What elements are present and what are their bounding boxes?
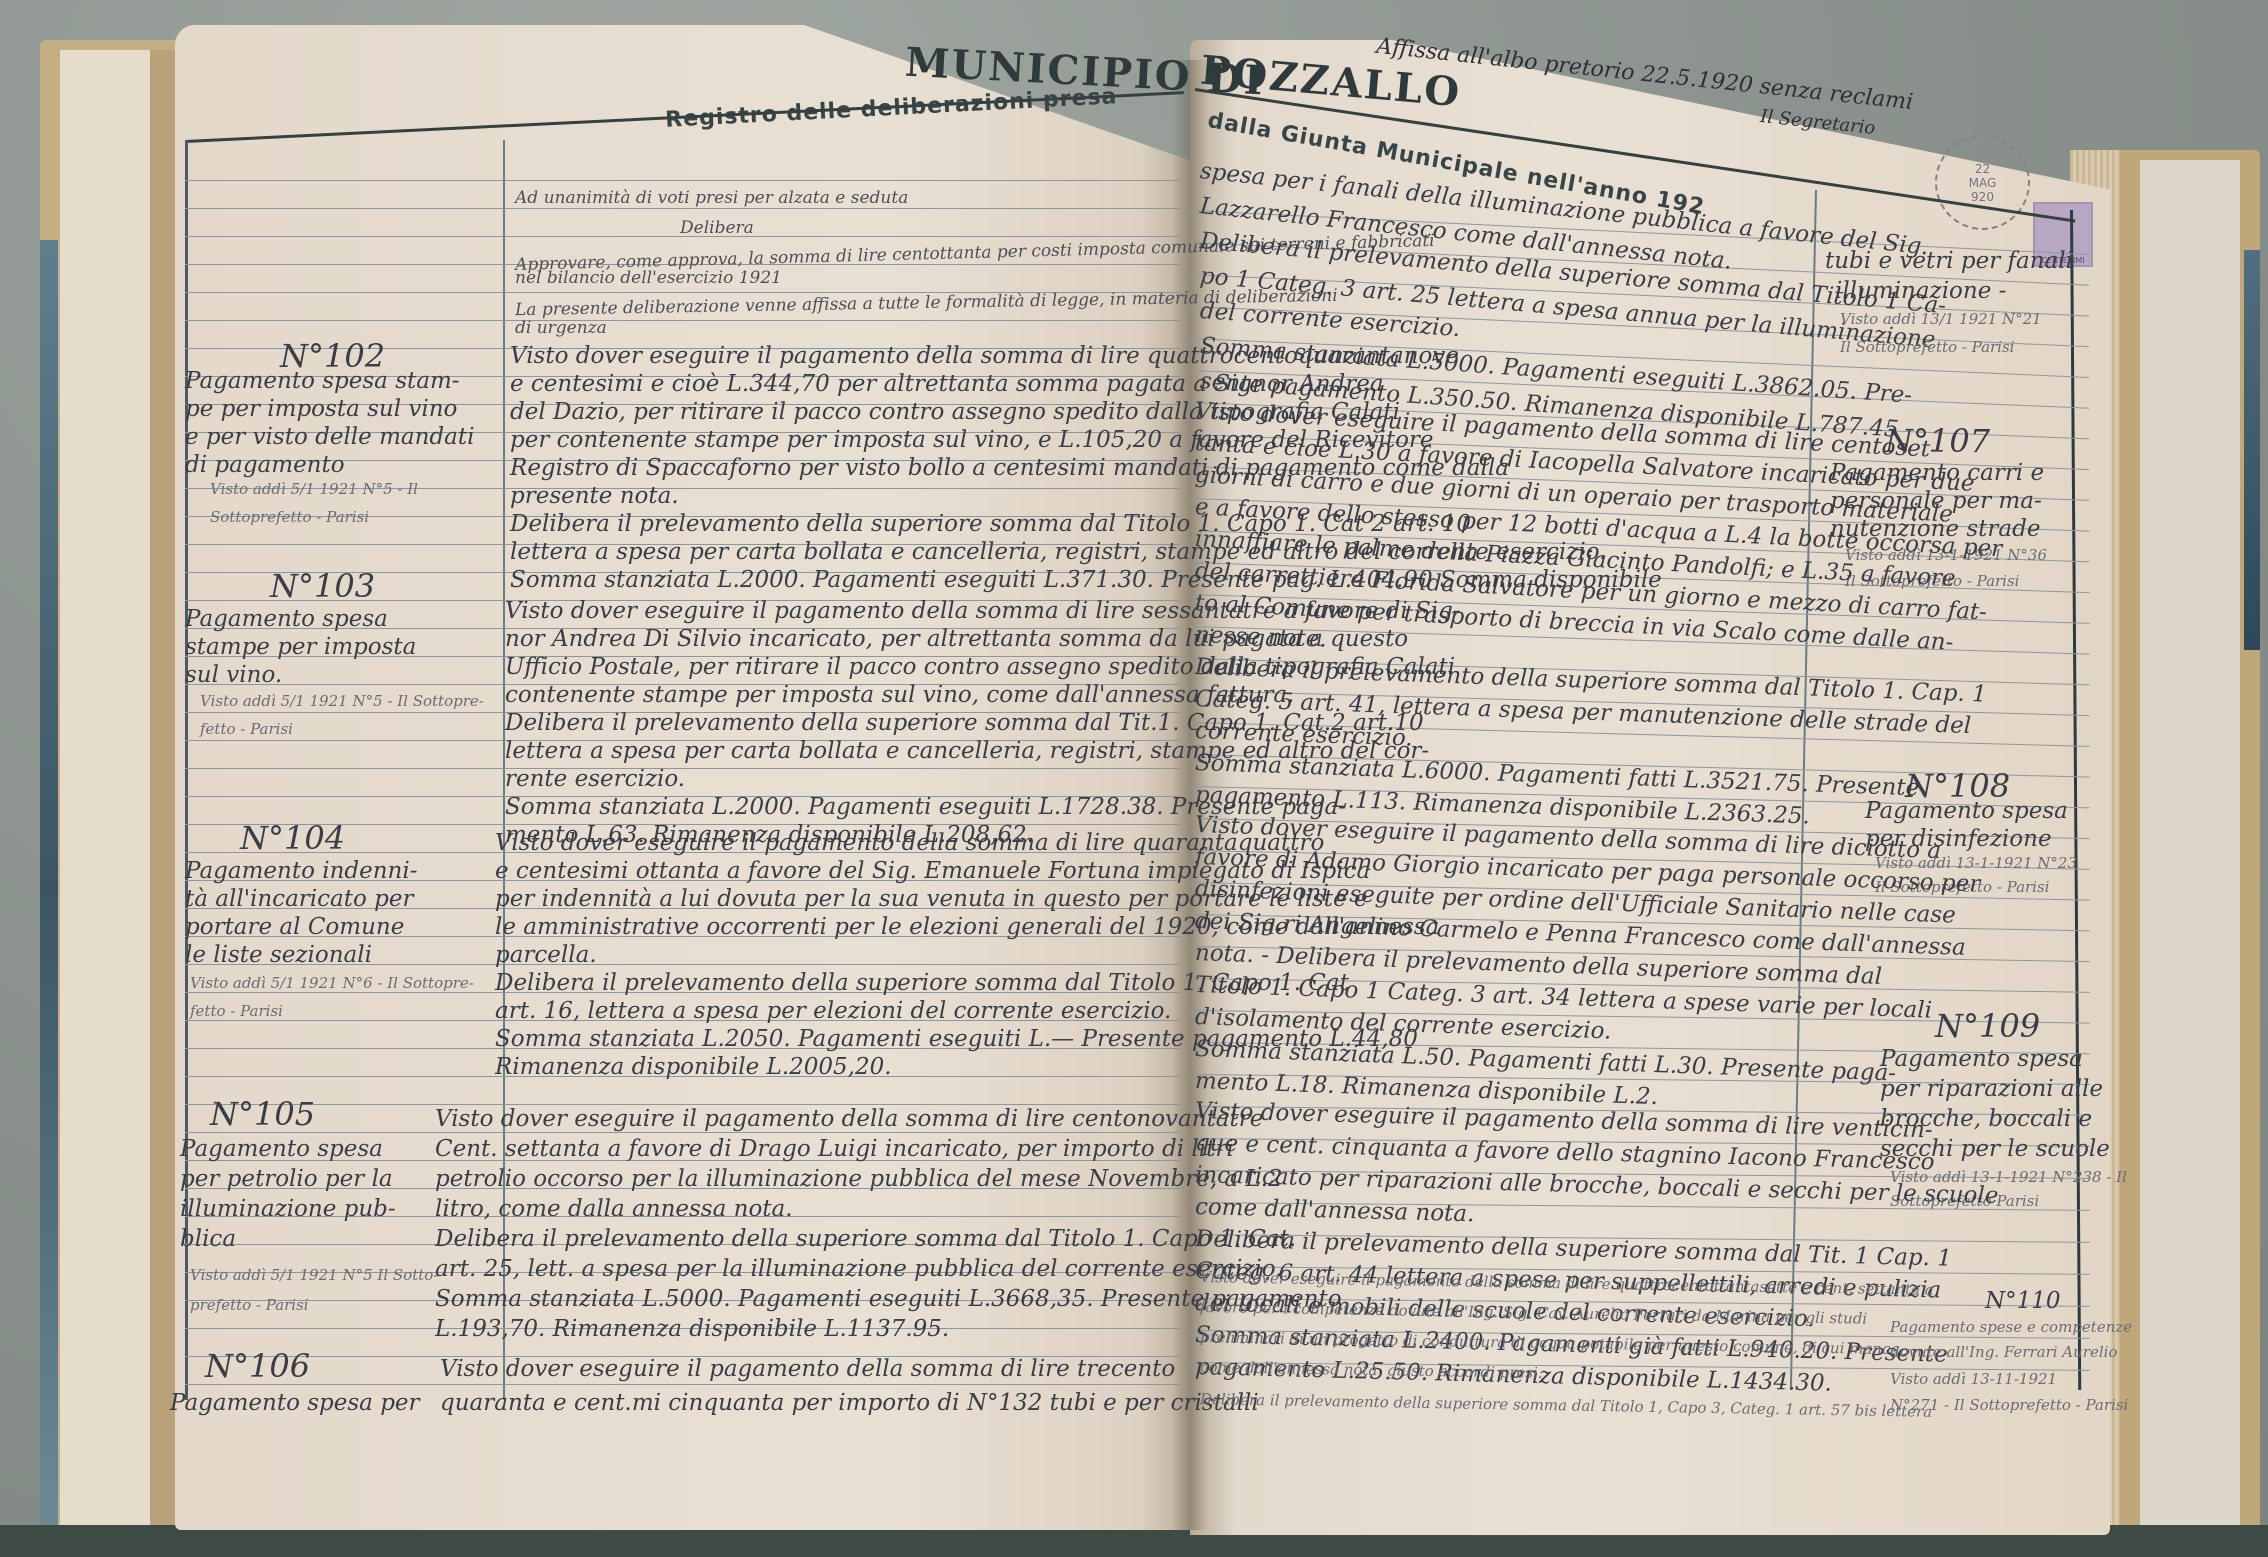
entry-body: litro, come dalla annessa nota. [435, 1198, 793, 1221]
entry-body: presente nota. [510, 485, 679, 508]
entry-subject: Pagamento spesa [1865, 800, 2068, 823]
entry-number: N°110 [1985, 1290, 2061, 1313]
entry-number: N°104 [240, 822, 345, 854]
ruled-line [185, 1132, 1180, 1133]
entry-visa: Visto addì 5/1 1921 N°5 Il Sotto- [190, 1268, 438, 1283]
entry-subject: le liste sezionali [185, 944, 372, 967]
entry-subject: Pagamento spesa [180, 1138, 383, 1161]
entry-body: Visto dover eseguire il pagamento della … [440, 1358, 1175, 1381]
entry-visa: Visto addì 5/1 1921 N°5 - Il [210, 482, 418, 497]
entry-body: Rimanenza disponibile L.2005,20. [495, 1056, 892, 1079]
entry-body: art. 25, lett. a spesa per la illuminazi… [435, 1258, 1283, 1281]
entry-subject: stampe per imposta [185, 636, 416, 659]
entry-body: parcella. [495, 944, 597, 967]
entry-subject: tà all'incaricato per [185, 888, 413, 911]
entry-subject: e per visto delle mandati [185, 426, 474, 449]
entry-subject: dovute all'Ing. Ferrari Aurelio [1890, 1345, 2117, 1360]
entry-subject: sul vino. [185, 664, 282, 687]
entry-subject: di pagamento [185, 454, 345, 477]
entry-body: Visto dover eseguire il pagamento della … [435, 1108, 1263, 1131]
marbled-cover-edge [40, 240, 58, 1540]
entry-visa: Visto addì 5/1 1921 N°6 - Il Sottopre- [190, 976, 474, 991]
entry-body: contenente stampe per imposta sul vino, … [505, 684, 1294, 707]
entry-subject: illuminazione pub- [180, 1198, 396, 1221]
entry-number: N°105 [210, 1098, 315, 1130]
margin-note: tubi e vetri per fanali [1825, 250, 2073, 273]
entry-subject: per petrolio per la [180, 1168, 393, 1191]
marbled-cover-edge-right [2244, 250, 2260, 650]
entry-body: quaranta e cent.mi cinquanta per importo… [440, 1392, 1259, 1415]
entry-body: petrolio occorso per la illuminazione pu… [435, 1168, 1283, 1191]
entry-visa: fetto - Parisi [190, 1004, 283, 1019]
entry-number: N°106 [205, 1350, 310, 1382]
entry-number: N°109 [1935, 1010, 2040, 1042]
entry-subject: Pagamento spesa [185, 608, 388, 631]
entry-body: art. 16, lettera a spesa per elezioni de… [495, 1000, 1171, 1023]
margin-note: illuminazione - [1835, 280, 2006, 303]
entry-subject: Pagamento spesa [1880, 1048, 2083, 1071]
entry-subject: Pagamento spesa stam- [185, 370, 460, 393]
entry-body: rente esercizio. [505, 768, 685, 791]
ruled-line [185, 208, 1180, 209]
ledger-frame-right [2070, 210, 2081, 1390]
entry-subject: Pagamento spesa per [170, 1392, 420, 1415]
preamble-line: Ad unanimità di voti presi per alzata e … [515, 190, 908, 207]
margin-visa: Visto addì 13/1 1921 N°21 [1840, 312, 2042, 327]
endpaper-right [2140, 160, 2240, 1540]
entry-body: L.193,70. Rimanenza disponibile L.1137.9… [435, 1318, 949, 1341]
entry-visa: Visto addì 13-11-1921 [1890, 1372, 2057, 1387]
entry-number: N°103 [270, 570, 375, 602]
entry-subject: pe per imposta sul vino [185, 398, 457, 421]
entry-visa: Visto addì 5/1 1921 N°5 - Il Sottopre- [200, 694, 484, 709]
entry-subject: Pagamento indenni- [185, 860, 417, 883]
preamble-line: di urgenza [515, 320, 607, 337]
entry-visa: fetto - Parisi [200, 722, 293, 737]
entry-body: Cent. settanta a favore di Drago Luigi i… [435, 1138, 1234, 1161]
entry-subject: Pagamento spese e competenze [1890, 1320, 2132, 1335]
entry-visa: prefetto - Parisi [190, 1298, 309, 1313]
entry-body: nesse note. [1195, 624, 1328, 652]
entry-subject: per riparazioni alle [1880, 1078, 2103, 1101]
entry-subject: blica [180, 1228, 236, 1251]
ruled-line [185, 1384, 1180, 1385]
preamble-line: nel bilancio dell'esercizio 1921 [515, 270, 782, 287]
entry-subject: portare al Comune [185, 916, 404, 939]
preamble-line: Delibera [680, 220, 754, 237]
book-cover-right [2100, 150, 2260, 1550]
entry-visa: Sottoprefetto - Parisi [210, 510, 369, 525]
ruled-line [185, 180, 1180, 181]
entry-body: Delibera il prelevamento della superiore… [435, 1228, 1296, 1251]
ruled-line [185, 1104, 1180, 1105]
margin-visa: Il Sottoprefetto - Parisi [1840, 340, 2014, 355]
ruled-line [185, 320, 1180, 321]
